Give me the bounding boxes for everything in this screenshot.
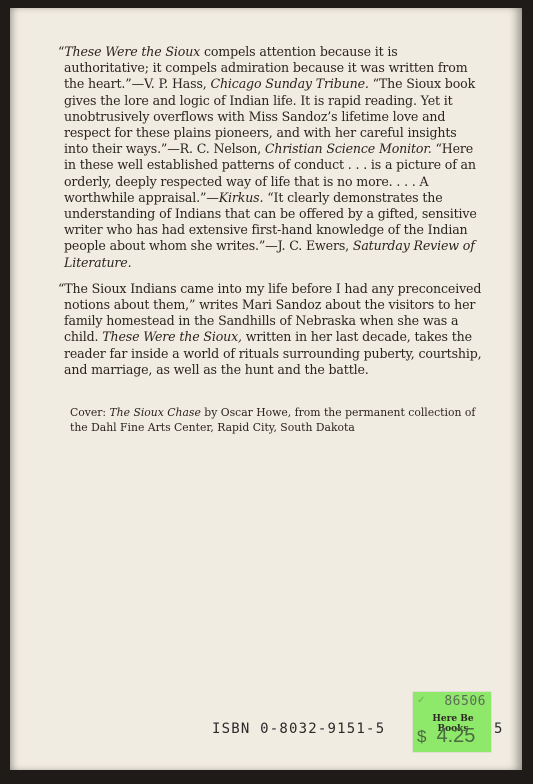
sticker-code: 86506 [444, 694, 486, 709]
price-sticker: ✓ 86506 Here Be Books $4.25 [413, 692, 491, 752]
isbn-number: ISBN 0-8032-9151-5 [212, 721, 385, 737]
checkmark-icon: ✓ [417, 695, 425, 706]
book-back-cover: “These Were the Sioux compels attention … [10, 8, 522, 770]
cover-art-credit: Cover: The Sioux Chase by Oscar Howe, fr… [70, 405, 490, 435]
blurb-text: “These Were the Sioux compels attention … [64, 44, 484, 388]
currency-symbol: $ [417, 727, 426, 746]
review-quotes: “These Were the Sioux compels attention … [64, 44, 484, 271]
price-value: 4.25 [436, 725, 475, 747]
isbn-suffix: 5 [494, 721, 502, 737]
price: $4.25 [417, 725, 487, 748]
synopsis: “The Sioux Indians came into my life bef… [64, 281, 484, 378]
